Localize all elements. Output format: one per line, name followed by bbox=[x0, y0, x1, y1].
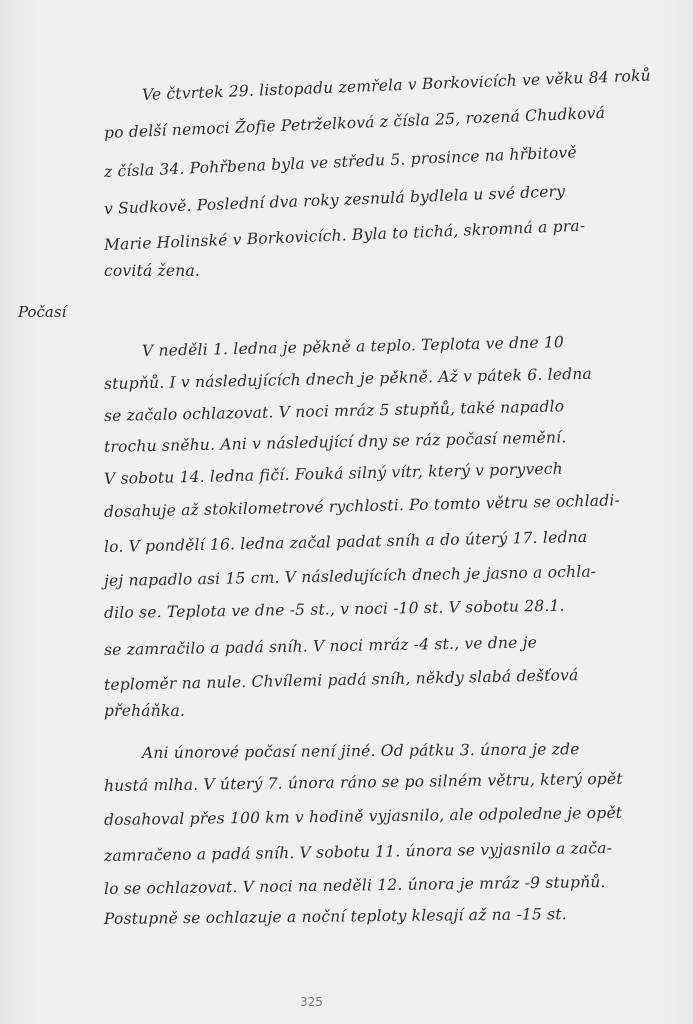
text-line: V neděli 1. ledna je pěkně a teplo. Tepl… bbox=[142, 333, 564, 360]
text-line: teploměr na nule. Chvílemi padá sníh, ně… bbox=[104, 666, 579, 694]
text-line: Postupně se ochlazuje a noční teploty kl… bbox=[104, 905, 567, 928]
text-line: V sobotu 14. ledna fičí. Fouká silný vít… bbox=[104, 460, 563, 488]
text-line: v Sudkově. Poslední dva roky zesnulá byd… bbox=[104, 182, 566, 218]
text-line: lo se ochlazovat. V noci na neděli 12. ú… bbox=[104, 873, 606, 898]
page-number: 325 bbox=[300, 995, 323, 1009]
text-line: lo. V pondělí 16. ledna začal padat sníh… bbox=[104, 528, 588, 556]
text-line: hustá mlha. V úterý 7. února ráno se po … bbox=[104, 770, 623, 795]
text-line: covitá žena. bbox=[104, 262, 200, 280]
text-line: z čísla 34. Pohřbena byla ve středu 5. p… bbox=[104, 143, 578, 181]
text-line: po delší nemoci Žofie Petrželková z čísl… bbox=[104, 104, 606, 142]
margin-note-weather: Počasí bbox=[18, 303, 66, 321]
text-line: dilo se. Teplota ve dne -5 st., v noci -… bbox=[104, 597, 565, 622]
text-line: se zamračilo a padá sníh. V noci mráz -4… bbox=[104, 633, 537, 659]
text-line: přeháňka. bbox=[104, 702, 185, 720]
text-line: dosahuje až stokilometrové rychlosti. Po… bbox=[104, 491, 620, 521]
text-line: se začalo ochlazovat. V noci mráz 5 stup… bbox=[104, 397, 565, 425]
text-line: Marie Holinské v Borkovicích. Byla to ti… bbox=[104, 217, 586, 254]
text-line: trochu sněhu. Ani v následující dny se r… bbox=[104, 428, 567, 456]
document-page: Počasí Ve čtvrtek 29. listopadu zemřela … bbox=[0, 0, 693, 1024]
text-line: jej napadlo asi 15 cm. V následujících d… bbox=[104, 563, 597, 590]
text-line: Ani únorové počasí není jiné. Od pátku 3… bbox=[142, 740, 580, 762]
text-line: dosahoval přes 100 km v hodině vyjasnilo… bbox=[104, 804, 622, 829]
text-line: zamračeno a padá sníh. V sobotu 11. únor… bbox=[104, 839, 612, 865]
text-line: Ve čtvrtek 29. listopadu zemřela v Borko… bbox=[142, 66, 651, 104]
text-line: stupňů. I v následujících dnech je pěkně… bbox=[104, 365, 592, 393]
